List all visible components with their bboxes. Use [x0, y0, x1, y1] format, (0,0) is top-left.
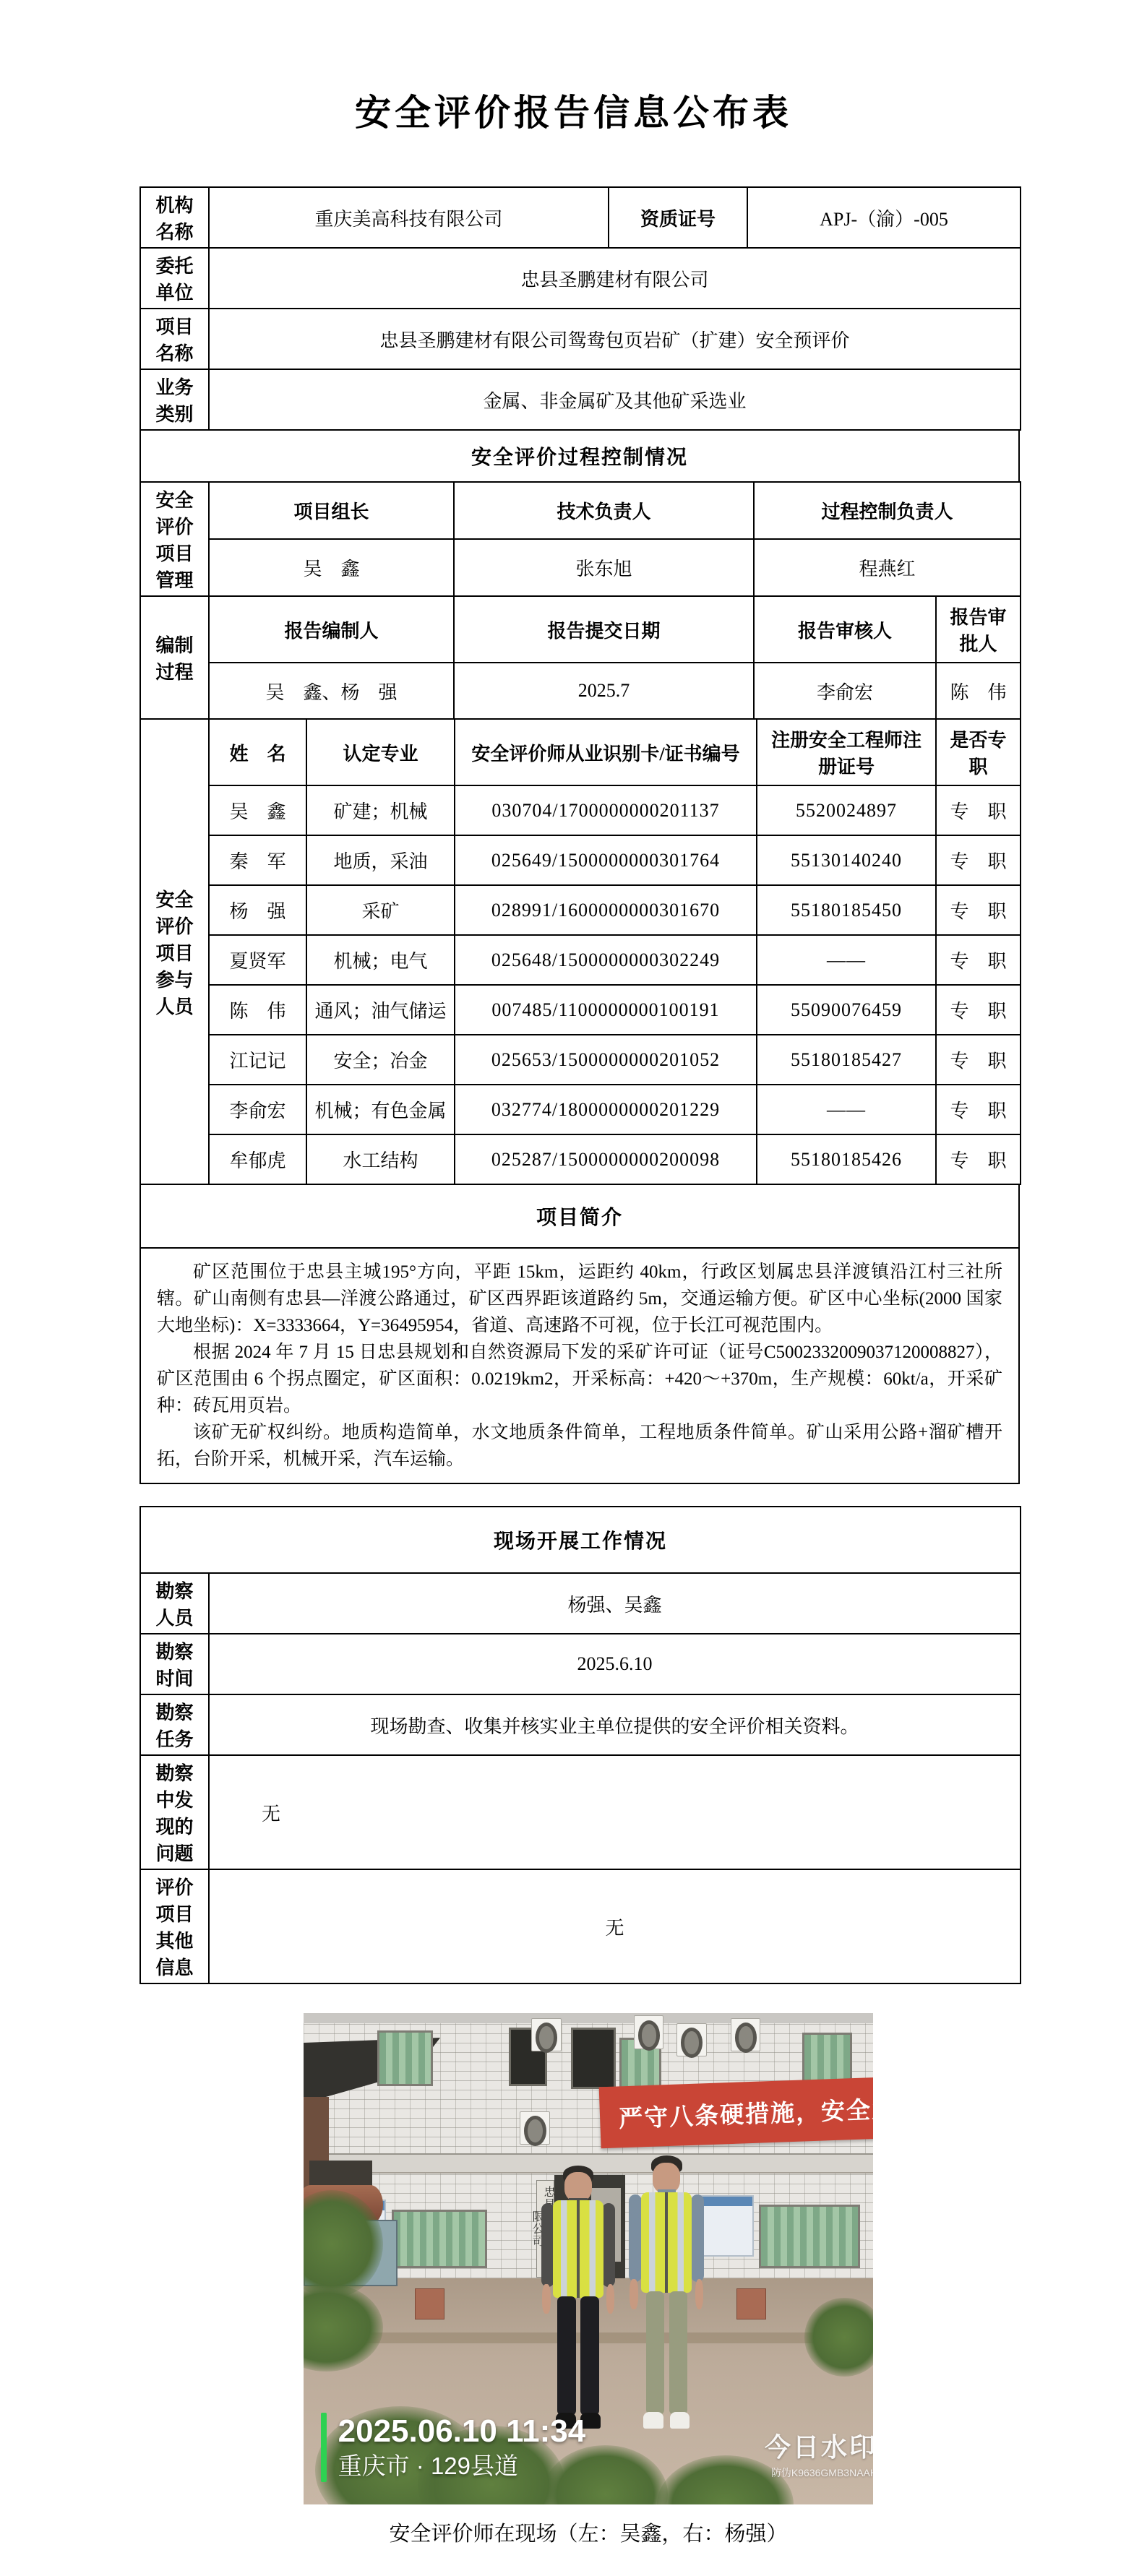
table-row: 勘察时间 2025.6.10	[140, 1634, 1021, 1694]
engineer-cert-header: 注册安全工程师注册证号	[757, 719, 936, 785]
participants-label: 安全评价项目参与人员	[140, 719, 209, 1184]
person-name: 夏贤军	[209, 935, 306, 985]
notice-board	[697, 2195, 754, 2257]
person-leg	[646, 2291, 665, 2415]
table-row: 杨 强 采矿 028991/1600000000301670 551801854…	[140, 885, 1021, 935]
process-control-header: 安全评价过程控制情况	[140, 430, 1019, 482]
business-type-label: 业务类别	[140, 369, 209, 430]
person-cert-no: 55180185426	[757, 1134, 936, 1184]
table-row: 机构名称 重庆美高科技有限公司 资质证号 APJ-（渝）-005	[140, 187, 1021, 248]
table-row: 现场开展工作情况	[140, 1507, 1021, 1573]
participants-table: 安全评价项目参与人员 姓 名 认定专业 安全评价师从业识别卡/证书编号 注册安全…	[139, 718, 1021, 1185]
person-leg	[557, 2296, 576, 2416]
process-control-header-table: 安全评价过程控制情况	[139, 429, 1020, 483]
ac-fan	[524, 2116, 546, 2146]
table-row: 夏贤军 机械；电气 025648/1500000000302249 —— 专 职	[140, 935, 1021, 985]
qualification-no-value: APJ-（渝）-005	[747, 187, 1021, 248]
person-specialty: 机械；电气	[306, 935, 455, 985]
person-fulltime: 专 职	[936, 785, 1021, 835]
person-specialty: 地质，采油	[306, 835, 455, 885]
person-name: 江记记	[209, 1035, 306, 1085]
site-work-header: 现场开展工作情况	[140, 1507, 1021, 1573]
compilation-process-table: 编制过程 报告编制人 报告提交日期 报告审核人 报告审批人 吴 鑫、杨 强 20…	[139, 595, 1021, 720]
table-row: 评价项目其他信息 无	[140, 1869, 1021, 1983]
person-card-no: 025649/1500000000301764	[455, 835, 757, 885]
person-name: 李俞宏	[209, 1085, 306, 1134]
technical-director-header: 技术负责人	[454, 482, 754, 539]
timestamp-text: 2025.06.10 11:34 重庆市 · 129县道	[338, 2413, 586, 2482]
safety-vest	[553, 2200, 603, 2298]
person-specialty: 安全；冶金	[306, 1035, 455, 1085]
safety-vest	[641, 2192, 692, 2293]
evaluator-card-header: 安全评价师从业识别卡/证书编号	[455, 719, 757, 785]
person-specialty: 水工结构	[306, 1134, 455, 1184]
table-row: 安全评价项目参与人员 姓 名 认定专业 安全评价师从业识别卡/证书编号 注册安全…	[140, 719, 1021, 785]
person-cert-no: ——	[757, 935, 936, 985]
ac-fan	[681, 2028, 703, 2058]
watermark-title: 今日水印	[765, 2427, 873, 2464]
table-row: 勘察任务 现场勘查、收集并核实业主单位提供的安全评价相关资料。	[140, 1694, 1021, 1755]
survey-time-value: 2025.6.10	[209, 1634, 1021, 1694]
photo-timestamp: 2025.06.10 11:34 重庆市 · 129县道	[321, 2413, 586, 2482]
ac-fan	[638, 2020, 660, 2051]
person-cert-no: 55090076459	[757, 985, 936, 1035]
page-title: 安全评价报告信息公布表	[0, 84, 1147, 136]
report-approver-value: 陈 伟	[936, 663, 1021, 719]
person-arm	[629, 2194, 642, 2281]
person-right	[628, 2155, 705, 2436]
site-photo: 严守八条硬措施，安全发展， 忠县圣鹏建材有限公司	[304, 2013, 873, 2504]
window	[377, 2030, 433, 2086]
person-fulltime: 专 职	[936, 1035, 1021, 1085]
org-info-table: 机构名称 重庆美高科技有限公司 资质证号 APJ-（渝）-005 委托单位 忠县…	[139, 186, 1021, 431]
person-name: 牟郁虎	[209, 1134, 306, 1184]
person-arm	[691, 2194, 704, 2281]
specialty-header: 认定专业	[306, 719, 455, 785]
table-row: 矿区范围位于忠县主城195°方向，平距 15km，运距约 40km，行政区划属忠…	[140, 1248, 1019, 1483]
client-label: 委托单位	[140, 248, 209, 309]
person-leg	[669, 2291, 688, 2415]
survey-problems-label: 勘察中发现的问题	[140, 1755, 209, 1869]
person-cert-no: 55180185427	[757, 1035, 936, 1085]
table-row: 项目名称 忠县圣鹏建材有限公司鸳鸯包页岩矿（扩建）安全预评价	[140, 309, 1021, 369]
person-fulltime: 专 职	[936, 985, 1021, 1035]
person-specialty: 机械；有色金属	[306, 1085, 455, 1134]
table-row: 牟郁虎 水工结构 025287/1500000000200098 5518018…	[140, 1134, 1021, 1184]
name-header: 姓 名	[209, 719, 306, 785]
project-leader-value: 吴 鑫	[209, 539, 454, 596]
person-arm	[602, 2203, 615, 2287]
table-row: 勘察人员 杨强、吴鑫	[140, 1573, 1021, 1634]
ac-unit	[634, 2015, 663, 2049]
window-dark	[571, 2028, 615, 2088]
ac-unit	[531, 2018, 561, 2051]
person-card-no: 007485/1100000000100191	[455, 985, 757, 1035]
person-fulltime: 专 职	[936, 935, 1021, 985]
project-leader-header: 项目组长	[209, 482, 454, 539]
table-row: 编制过程 报告编制人 报告提交日期 报告审核人 报告审批人	[140, 596, 1021, 663]
table-row: 秦 军 地质，采油 025649/1500000000301764 551301…	[140, 835, 1021, 885]
person-cert-no: 5520024897	[757, 785, 936, 835]
intro-paragraph-3: 该矿无矿权纠纷。地质构造简单，水文地质条件简单，工程地质条件简单。矿山采用公路+…	[157, 1419, 1002, 1473]
person-name: 杨 强	[209, 885, 306, 935]
person-shoe	[643, 2412, 663, 2429]
report-reviewer-header: 报告审核人	[754, 596, 936, 663]
other-info-value: 无	[209, 1869, 1021, 1983]
person-card-no: 028991/1600000000301670	[455, 885, 757, 935]
person-name: 陈 伟	[209, 985, 306, 1035]
timestamp-green-bar	[321, 2413, 327, 2482]
table-row: 委托单位 忠县圣鹏建材有限公司	[140, 248, 1021, 309]
table-row: 项目简介	[140, 1184, 1019, 1248]
report-writer-value: 吴 鑫、杨 强	[209, 663, 454, 719]
person-hand	[695, 2279, 704, 2310]
process-control-director-header: 过程控制负责人	[754, 482, 1021, 539]
ac-unit	[676, 2023, 706, 2056]
survey-staff-value: 杨强、吴鑫	[209, 1573, 1021, 1634]
project-intro-table: 项目简介 矿区范围位于忠县主城195°方向，平距 15km，运距约 40km，行…	[139, 1184, 1020, 1484]
table-row: 勘察中发现的问题 无	[140, 1755, 1021, 1869]
person-leg	[580, 2296, 599, 2416]
intro-paragraph-2: 根据 2024 年 7 月 15 日忠县规划和自然资源局下发的采矿许可证（证号C…	[157, 1339, 1002, 1419]
table-row: 安全评价过程控制情况	[140, 430, 1019, 482]
ac-unit	[731, 2018, 760, 2051]
person-fulltime: 专 职	[936, 835, 1021, 885]
ac-fan	[735, 2023, 757, 2053]
watermark-anticounterfeit-code: 防伪K9636GMB3NAAH	[765, 2465, 873, 2480]
process-control-director-value: 程燕红	[754, 539, 1021, 596]
person-cert-no: 55180185450	[757, 885, 936, 935]
report-approver-header: 报告审批人	[936, 596, 1021, 663]
table-row: 李俞宏 机械；有色金属 032774/1800000000201229 —— 专…	[140, 1085, 1021, 1134]
person-specialty: 通风；油气储运	[306, 985, 455, 1035]
person-name: 吴 鑫	[209, 785, 306, 835]
org-name-value: 重庆美高科技有限公司	[209, 187, 609, 248]
person-fulltime: 专 职	[936, 885, 1021, 935]
person-card-no: 025287/1500000000200098	[455, 1134, 757, 1184]
photo-watermark: 今日水印 相机 真实可验 防伪K9636GMB3NAAH	[765, 2427, 873, 2480]
survey-problems-value: 无	[209, 1755, 1021, 1869]
project-name-label: 项目名称	[140, 309, 209, 369]
person-card-no: 030704/1700000000201137	[455, 785, 757, 835]
timestamp-datetime: 2025.06.10 11:34	[338, 2413, 586, 2450]
report-date-value: 2025.7	[454, 663, 754, 719]
ac-unit	[520, 2111, 549, 2145]
table-row: 陈 伟 通风；油气储运 007485/1100000000100191 5509…	[140, 985, 1021, 1035]
project-management-label: 安全评价项目管理	[140, 482, 209, 596]
business-type-value: 金属、非金属矿及其他矿采选业	[209, 369, 1021, 430]
project-intro-text: 矿区范围位于忠县主城195°方向，平距 15km，运距约 40km，行政区划属忠…	[140, 1248, 1019, 1483]
other-info-label: 评价项目其他信息	[140, 1869, 209, 1983]
client-value: 忠县圣鹏建材有限公司	[209, 248, 1021, 309]
person-hand	[630, 2279, 638, 2310]
org-name-label: 机构名称	[140, 187, 209, 248]
person-card-no: 025648/1500000000302249	[455, 935, 757, 985]
site-work-table: 现场开展工作情况 勘察人员 杨强、吴鑫 勘察时间 2025.6.10 勘察任务 …	[139, 1506, 1021, 1984]
compilation-process-label: 编制过程	[140, 596, 209, 719]
survey-task-label: 勘察任务	[140, 1694, 209, 1755]
person-fulltime: 专 职	[936, 1134, 1021, 1184]
document-page: 安全评价报告信息公布表 机构名称 重庆美高科技有限公司 资质证号 APJ-（渝）…	[0, 84, 1147, 2547]
person-specialty: 采矿	[306, 885, 455, 935]
table-row: 吴 鑫、杨 强 2025.7 李俞宏 陈 伟	[140, 663, 1021, 719]
person-hand	[606, 2284, 615, 2314]
table-row: 吴 鑫 张东旭 程燕红	[140, 539, 1021, 596]
table-row: 江记记 安全；冶金 025653/1500000000201052 551801…	[140, 1035, 1021, 1085]
table-row: 安全评价项目管理 项目组长 技术负责人 过程控制负责人	[140, 482, 1021, 539]
ac-fan	[536, 2023, 557, 2053]
survey-time-label: 勘察时间	[140, 1634, 209, 1694]
project-management-table: 安全评价项目管理 项目组长 技术负责人 过程控制负责人 吴 鑫 张东旭 程燕红	[139, 481, 1021, 597]
person-left	[540, 2166, 617, 2436]
person-shoe	[670, 2412, 690, 2429]
window	[392, 2210, 487, 2268]
survey-staff-label: 勘察人员	[140, 1573, 209, 1634]
qualification-no-label: 资质证号	[609, 187, 747, 248]
person-cert-no: 55130140240	[757, 835, 936, 885]
safety-banner: 严守八条硬措施，安全发展，	[598, 2077, 873, 2149]
report-reviewer-value: 李俞宏	[754, 663, 936, 719]
person-cert-no: ——	[757, 1085, 936, 1134]
survey-task-value: 现场勘查、收集并核实业主单位提供的安全评价相关资料。	[209, 1694, 1021, 1755]
photo-caption: 安全评价师在现场（左：吴鑫，右：杨强）	[304, 2517, 873, 2547]
intro-paragraph-1: 矿区范围位于忠县主城195°方向，平距 15km，运距约 40km，行政区划属忠…	[157, 1259, 1002, 1339]
fulltime-header: 是否专职	[936, 719, 1021, 785]
project-intro-header: 项目简介	[140, 1184, 1019, 1248]
technical-director-value: 张东旭	[454, 539, 754, 596]
person-hand	[542, 2284, 551, 2314]
table-row: 业务类别 金属、非金属矿及其他矿采选业	[140, 369, 1021, 430]
timestamp-location: 重庆市 · 129县道	[338, 2450, 586, 2482]
project-name-value: 忠县圣鹏建材有限公司鸳鸯包页岩矿（扩建）安全预评价	[209, 309, 1021, 369]
person-specialty: 矿建；机械	[306, 785, 455, 835]
table-row: 吴 鑫 矿建；机械 030704/1700000000201137 552002…	[140, 785, 1021, 835]
brick-stack	[415, 2288, 444, 2319]
person-name: 秦 军	[209, 835, 306, 885]
report-writer-header: 报告编制人	[209, 596, 454, 663]
person-card-no: 025653/1500000000201052	[455, 1035, 757, 1085]
brick-stack	[736, 2288, 766, 2319]
person-fulltime: 专 职	[936, 1085, 1021, 1134]
report-date-header: 报告提交日期	[454, 596, 754, 663]
person-card-no: 032774/1800000000201229	[455, 1085, 757, 1134]
window	[759, 2205, 860, 2268]
